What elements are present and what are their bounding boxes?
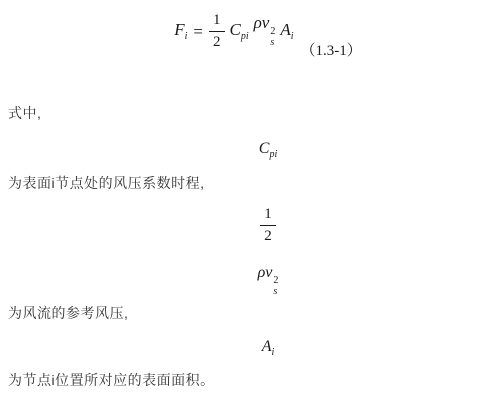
symbol-row-rhov: ρv2s — [0, 264, 490, 297]
where-clause: 式中, — [8, 104, 41, 122]
symbol-row-cpi: Cpi — [0, 140, 490, 160]
area-inline-sub: i — [272, 347, 275, 358]
half-denominator: 2 — [260, 226, 276, 245]
force-symbol: F — [174, 20, 184, 39]
equation-1-3-1: Fi = 12 Cpi ρv2s Ai （1.3-1） — [0, 12, 490, 50]
force-subscript: i — [185, 31, 188, 42]
cpi-sub: pi — [269, 149, 277, 160]
pressure-coefficient-term: Cpi — [230, 21, 249, 42]
rhov-inline-sub: s — [273, 286, 277, 297]
one-half-fraction: 12 — [209, 12, 225, 50]
force-term: Fi — [174, 21, 187, 42]
equals-sign: = — [192, 23, 204, 40]
rhov-scripts: 2s — [270, 26, 275, 48]
half-inline-fraction: 12 — [260, 206, 276, 244]
area-subscript: i — [291, 31, 294, 42]
area-symbol: A — [280, 20, 290, 39]
rhov-inline-base: ρv — [258, 264, 273, 281]
rhov-description: 为风流的参考风压, — [8, 304, 128, 322]
symbol-row-half: 12 — [0, 206, 490, 244]
cp-symbol: C — [230, 20, 241, 39]
area-inline-symbol: Ai — [262, 338, 275, 355]
area-term: Ai — [280, 21, 293, 42]
cpi-base: C — [259, 140, 270, 157]
symbol-row-area: Ai — [0, 338, 490, 358]
cpi-description: 为表面i节点处的风压系数时程, — [8, 174, 205, 192]
equation-number: （1.3-1） — [301, 39, 362, 60]
rhov-superscript: 2 — [270, 26, 275, 37]
document-page: Fi = 12 Cpi ρv2s Ai （1.3-1） 式中, Cpi 为表面i… — [0, 0, 490, 396]
cp-subscript: pi — [241, 31, 249, 42]
rho-v-squared-term: ρv2s — [254, 14, 276, 48]
rhov-subscript: s — [270, 37, 274, 48]
fraction-denominator: 2 — [209, 32, 225, 51]
rhov-inline-symbol: ρv2s — [258, 264, 279, 281]
area-inline-base: A — [262, 338, 272, 355]
rhov-inline-scripts: 2s — [273, 275, 278, 297]
cpi-inline-symbol: Cpi — [259, 140, 277, 157]
rhov-symbol: ρv — [254, 13, 270, 32]
area-description: 为节点i位置所对应的表面面积。 — [8, 371, 215, 389]
rhov-inline-sup: 2 — [273, 275, 278, 286]
half-numerator: 1 — [260, 206, 276, 226]
fraction-numerator: 1 — [209, 12, 225, 32]
